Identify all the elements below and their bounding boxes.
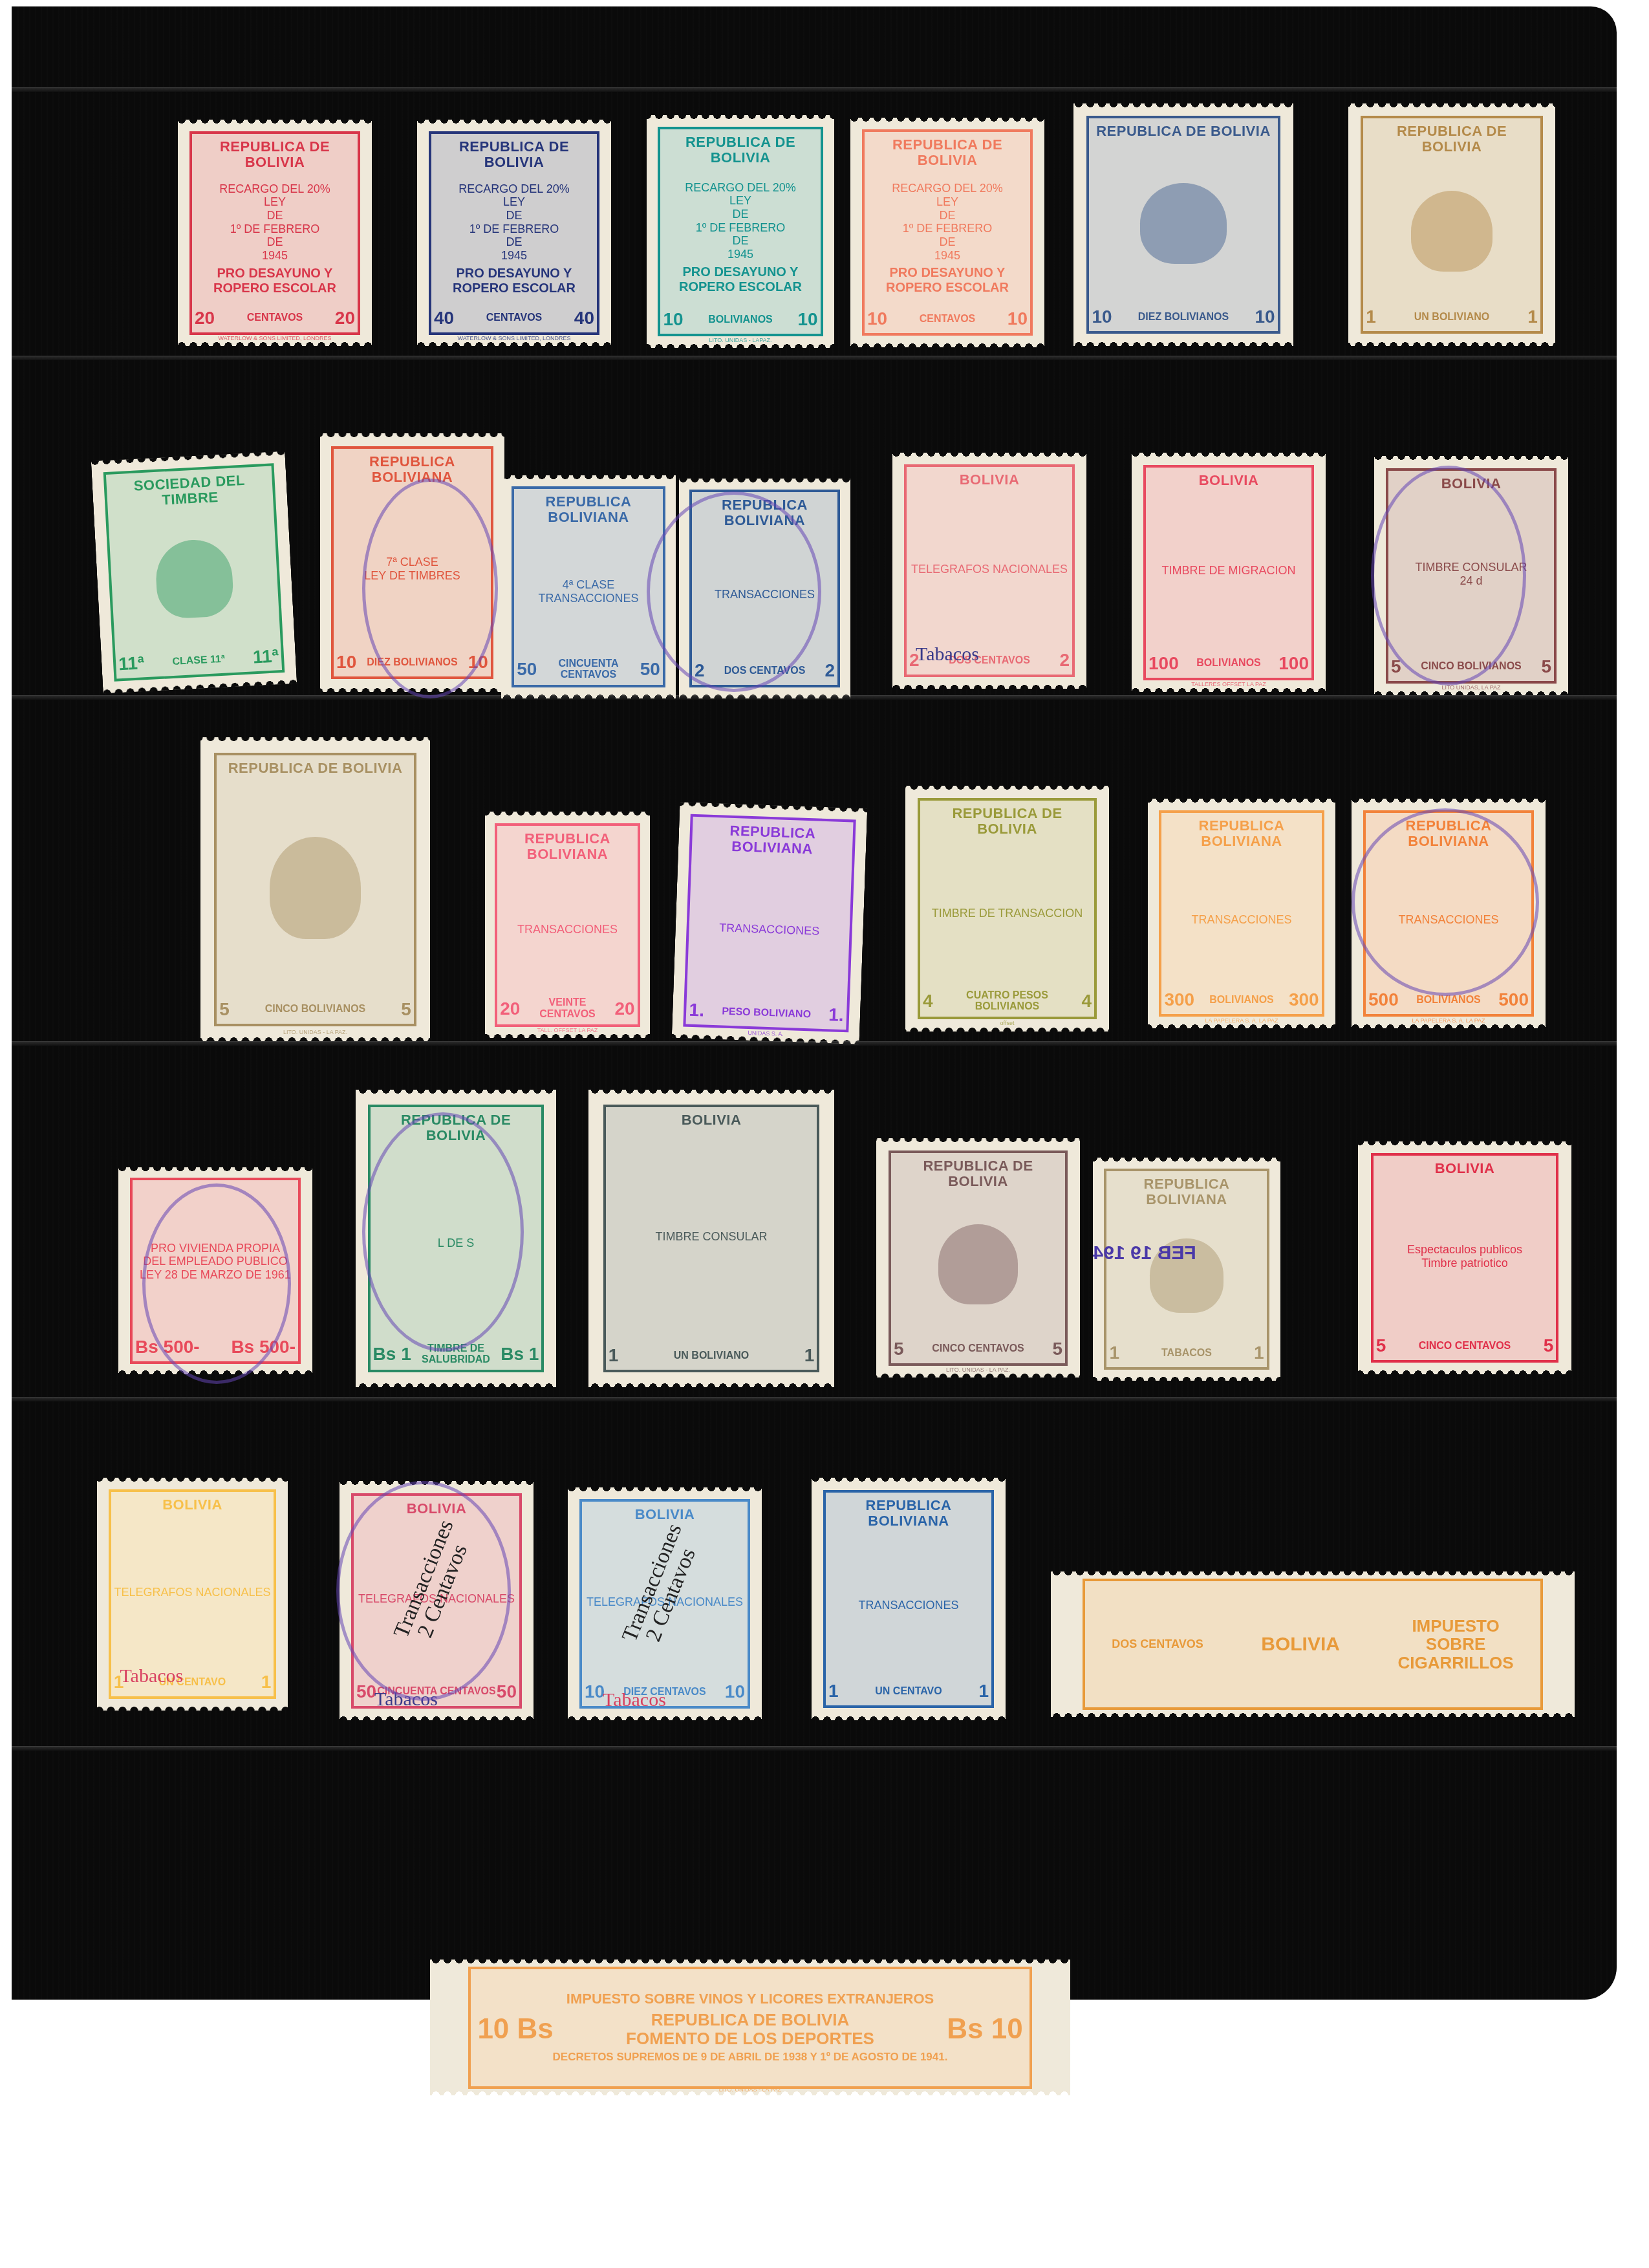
stamp-country: REPUBLICA BOLIVIANA (826, 1493, 991, 1529)
stock-strip (12, 1397, 1617, 1401)
stamp-denomination: 1UN BOLIVIANO1 (606, 1346, 817, 1370)
stamp-country: REPUBLICA DE BOLIVIA (371, 1107, 542, 1143)
stamp-design: REPUBLICA DE BOLIVIA1UN BOLIVIANO1 (1361, 116, 1543, 334)
stamp-design: PRO VIVIENDA PROPIADEL EMPLEADO PUBLICOL… (130, 1178, 301, 1364)
stamp-denomination: 5CINCO BOLIVIANOS5 (217, 1000, 413, 1024)
stock-strip (12, 356, 1617, 360)
stamp-country: REPUBLICA BOLIVIANA (1161, 813, 1321, 849)
stamp: REPUBLICA BOLIVIANA1TABACOS1FEB 19 1946 (1093, 1158, 1280, 1381)
stamp-design: REPUBLICA DE BOLIVIATIMBRE DE TRANSACCIO… (918, 798, 1097, 1019)
stamp-value: 10 Bs (477, 2014, 553, 2045)
stamp-denomination: 10DIEZ BOLIVIANOS10 (334, 653, 491, 676)
stamp-design: REPUBLICA DE BOLIVIA10DIEZ BOLIVIANOS10 (1086, 116, 1280, 334)
stamp: REPUBLICA DE BOLIVIARECARGO DEL 20%LEYDE… (647, 115, 834, 348)
stamp-legend: TELEGRAFOS NACIONALES (909, 563, 1070, 576)
stamp: REPUBLICA DE BOLIVIATIMBRE DE TRANSACCIO… (905, 786, 1109, 1031)
stamp-denomination: 20CENTAVOS20 (192, 308, 358, 332)
stamp-legend: TRANSACCIONES (712, 588, 817, 601)
stamp-design: BOLIVIAEspectaculos publicosTimbre patri… (1371, 1153, 1558, 1363)
stamp: REPUBLICA DE BOLIVIARECARGO DEL 20%LEYDE… (850, 118, 1044, 347)
stamp-denomination: 300BOLIVIANOS300 (1161, 990, 1321, 1014)
stamp-design: DOS CENTAVOSBOLIVIAIMPUESTOSOBRECIGARRIL… (1083, 1579, 1544, 1710)
stamp-denomination: 1TABACOS1 (1106, 1343, 1266, 1367)
stamp-value: DOS CENTAVOS (1112, 1638, 1203, 1651)
stamp: DOS CENTAVOSBOLIVIAIMPUESTOSOBRECIGARRIL… (1051, 1571, 1575, 1717)
stamp-country: BOLIVIA (1261, 1634, 1340, 1655)
stamp: BOLIVIATELEGRAFOS NACIONALES1UN CENTAVO1… (97, 1478, 288, 1711)
stamp-legend: TIMBRE DE MIGRACION (1159, 564, 1298, 578)
printer-imprint: TALLERES OFFSET LA PAZ (1132, 681, 1326, 687)
printer-imprint: LITO. UNIDAS - LA PAZ. (200, 1029, 430, 1035)
allegorical-figure-icon (1140, 183, 1227, 264)
stamp: REPUBLICA BOLIVIANA7ª CLASELEY DE TIMBRE… (320, 433, 504, 692)
stamp: REPUBLICA BOLIVIANATRANSACCIONES20VEINTE… (485, 812, 650, 1038)
stamp-design: REPUBLICA DE BOLIVIARECARGO DEL 20%LEYDE… (658, 127, 823, 336)
stock-strip (12, 87, 1617, 92)
stamp-purpose: FOMENTO DE LOS DEPORTES (626, 2029, 874, 2048)
allegorical-figure-icon (1411, 191, 1493, 272)
stamp: REPUBLICA DE BOLIVIA1UN BOLIVIANO1 (1348, 103, 1555, 346)
stamp: REPUBLICA DE BOLIVIA5CINCO CENTAVOS5LITO… (876, 1138, 1080, 1377)
stamp-denomination: 5CINCO CENTAVOS5 (891, 1339, 1065, 1363)
stamp: REPUBLICA BOLIVIANATRANSACCIONES300BOLIV… (1148, 799, 1335, 1028)
stamp-legend: SOBRE (1397, 1635, 1513, 1654)
stamp-design: BOLIVIATIMBRE CONSULAR24 d5CINCO BOLIVIA… (1386, 468, 1557, 684)
stamp-country: REPUBLICA DE BOLIVIA (226, 755, 405, 776)
printer-imprint: LITO. UNIDAS - LAPAZ. (647, 337, 834, 343)
stamp-design: REPUBLICA BOLIVIANA1TABACOS1 (1104, 1169, 1269, 1370)
stamp-country: REPUBLICA BOLIVIANA (514, 489, 663, 525)
stamp-design: REPUBLICA DE BOLIVIARECARGO DEL 20%LEYDE… (862, 129, 1033, 336)
stamp-legend: CIGARRILLOS (1397, 1654, 1513, 1672)
stamp-country: REPUBLICA BOLIVIANA (692, 492, 837, 528)
stamp: REPUBLICA DE BOLIVIA10DIEZ BOLIVIANOS10 (1073, 103, 1293, 346)
stamp-denomination: 40CENTAVOS40 (431, 308, 597, 332)
stamp-design: IMPUESTO SOBRE VINOS Y LICORES EXTRANJER… (468, 1967, 1031, 2089)
stamp-legend: RECARGO DEL 20%LEYDE1º DE FEBRERODE1945P… (660, 181, 820, 295)
stamp-design: REPUBLICA DE BOLIVIA5CINCO BOLIVIANOS5 (214, 753, 416, 1026)
stamp-legend: PRO VIVIENDA PROPIADEL EMPLEADO PUBLICOL… (137, 1242, 294, 1282)
stamp-country: BOLIVIA (160, 1492, 225, 1513)
stamp-country: BOLIVIA (957, 467, 1022, 488)
stamp: REPUBLICA BOLIVIANATRANSACCIONES1UN CENT… (812, 1478, 1006, 1720)
stamp: BOLIVIATELEGRAFOS NACIONALES50CINCUENTA … (339, 1481, 533, 1720)
stamp-denomination: 5CINCO BOLIVIANOS5 (1388, 657, 1554, 681)
stamp-design: REPUBLICA BOLIVIANATRANSACCIONES1UN CENT… (823, 1490, 994, 1709)
printer-imprint: offset (905, 1020, 1109, 1026)
overprint: Tabacos (603, 1689, 666, 1711)
stamp-legend: DECRETOS SUPREMOS DE 9 DE ABRIL DE 1938 … (553, 2051, 948, 2064)
stamp: BOLIVIATELEGRAFOS NACIONALES10DIEZ CENTA… (568, 1487, 762, 1720)
stamp: PRO VIVIENDA PROPIADEL EMPLEADO PUBLICOL… (118, 1167, 312, 1374)
stamp-legend: IMPUESTO (1397, 1617, 1513, 1636)
stamp-denomination: 11ªCLASE 11ª11ª (116, 646, 283, 678)
stamp: BOLIVIATIMBRE CONSULAR24 d5CINCO BOLIVIA… (1374, 456, 1568, 695)
stamp-denomination: 1UN CENTAVO1 (826, 1681, 991, 1705)
stamp-country: SOCIEDAD DEL TIMBRE (106, 466, 274, 512)
stamp-country: REPUBLICA DE BOLIVIA (891, 1153, 1065, 1189)
stamp-legend: TELEGRAFOS NACIONALES (111, 1586, 273, 1599)
printer-imprint: WATERLOW & SONS LIMITED, LONDRES (417, 335, 611, 341)
stamp-denomination: Bs 500-Bs 500- (133, 1337, 298, 1361)
date-cancel: FEB 19 1946 (1082, 1242, 1196, 1264)
stamp-design: REPUBLICA BOLIVIANATRANSACCIONES500BOLIV… (1363, 810, 1534, 1017)
stamp-value: Bs 10 (947, 2014, 1022, 2045)
stamp-design: REPUBLICA BOLIVIANA7ª CLASELEY DE TIMBRE… (331, 446, 493, 679)
stamp-country: BOLIVIA (632, 1502, 698, 1522)
stamp-legend: IMPUESTO SOBRE VINOS Y LICORES EXTRANJER… (566, 1991, 934, 2007)
stamp-legend: TRANSACCIONES (717, 921, 823, 938)
stamp-country: REPUBLICA BOLIVIANA (497, 826, 637, 862)
overprint: Tabacos (374, 1689, 438, 1711)
stamp-legend: RECARGO DEL 20%LEYDE1º DE FEBRERODE1945P… (192, 182, 358, 296)
stamp-denomination: 20VEINTE CENTAVOS20 (497, 997, 637, 1024)
stamp-country: REPUBLICA DE BOLIVIA (1363, 118, 1540, 155)
stamp-legend: RECARGO DEL 20%LEYDE1º DE FEBRERODE1945P… (865, 182, 1030, 296)
stamp-design: REPUBLICA DE BOLIVIAL DE SBs 1TIMBRE DE … (368, 1105, 544, 1372)
stamp: REPUBLICA BOLIVIANATRANSACCIONES2DOS CEN… (679, 479, 850, 698)
stamp-legend: TRANSACCIONES (515, 923, 620, 936)
stamp-design: REPUBLICA BOLIVIANATRANSACCIONES2DOS CEN… (689, 490, 840, 687)
stamp-legend: L DE S (435, 1237, 477, 1250)
allegorical-figure-icon (155, 538, 235, 620)
stamp-legend: TIMBRE DE TRANSACCION (929, 907, 1086, 920)
stamp-country: BOLIVIA (1196, 468, 1262, 488)
stamp-denomination: 10DIEZ BOLIVIANOS10 (1089, 307, 1277, 331)
stamp-legend: TIMBRE CONSULAR (652, 1230, 770, 1244)
stamp: BOLIVIATIMBRE DE MIGRACION100BOLIVIANOS1… (1132, 453, 1326, 692)
stamp-denomination: 5CINCO CENTAVOS5 (1374, 1336, 1556, 1360)
printer-imprint: LA PAPELERA S. A. LA PAZ (1148, 1017, 1335, 1024)
stamp-design: BOLIVIATIMBRE DE MIGRACION100BOLIVIANOS1… (1143, 465, 1314, 680)
stamp-country: REPUBLICA DE BOLIVIA (920, 801, 1094, 837)
stamp-design: SOCIEDAD DEL TIMBRE11ªCLASE 11ª11ª (103, 463, 285, 681)
stamp-country: REPUBLICA BOLIVIANA (1366, 813, 1531, 849)
stamp: REPUBLICA DE BOLIVIAL DE SBs 1TIMBRE DE … (356, 1090, 556, 1387)
stamp-legend: Espectaculos publicosTimbre patriotico (1405, 1243, 1525, 1269)
stamp-country: REPUBLICA DE BOLIVIA (626, 2011, 874, 2029)
printer-imprint: LITO UNIDAS, LA PAZ (1374, 684, 1568, 691)
stamp: IMPUESTO SOBRE VINOS Y LICORES EXTRANJER… (430, 1960, 1070, 2095)
stamp-design: REPUBLICA DE BOLIVIA5CINCO CENTAVOS5 (889, 1150, 1068, 1366)
stamp-country: BOLIVIA (1439, 471, 1504, 491)
stamp: REPUBLICA DE BOLIVIARECARGO DEL 20%LEYDE… (417, 120, 611, 346)
stamp-denomination: 500BOLIVIANOS500 (1366, 990, 1531, 1014)
stock-strip (12, 1746, 1617, 1751)
stamp-country: BOLIVIA (404, 1496, 469, 1517)
stamp: BOLIVIAEspectaculos publicosTimbre patri… (1358, 1141, 1571, 1374)
stamp: BOLIVIATELEGRAFOS NACIONALES2DOS CENTAVO… (892, 453, 1086, 689)
printer-imprint: LITO. UNIDAS - LA PAZ (430, 2086, 1070, 2093)
stamp-country: REPUBLICA DE BOLIVIA (431, 134, 597, 170)
overprint: Tabacos (916, 643, 979, 665)
allegorical-figure-icon (938, 1224, 1018, 1304)
stamp: REPUBLICA BOLIVIANA4ª CLASETRANSACCIONES… (501, 475, 676, 698)
printer-imprint: TALL. OFFSET LA PAZ (485, 1027, 650, 1033)
stamp-design: REPUBLICA BOLIVIANA4ª CLASETRANSACCIONES… (512, 486, 665, 687)
stamp-design: REPUBLICA BOLIVIANATRANSACCIONES20VEINTE… (495, 823, 640, 1027)
stamp-legend: TRANSACCIONES (1189, 913, 1294, 927)
stamp-denomination: 100BOLIVIANOS100 (1146, 654, 1311, 678)
stamp-denomination: 10CENTAVOS10 (865, 309, 1030, 333)
stamp-denomination: 2DOS CENTAVOS2 (692, 661, 837, 685)
stamp-legend: RECARGO DEL 20%LEYDE1º DE FEBRERODE1945P… (431, 182, 597, 296)
stamp: REPUBLICA DE BOLIVIA5CINCO BOLIVIANOS5LI… (200, 737, 430, 1041)
stamp-denomination: 10BOLIVIANOS10 (660, 310, 820, 334)
stamp-country: REPUBLICA BOLIVIANA (692, 817, 853, 859)
stamp-country: REPUBLICA DE BOLIVIA (660, 129, 820, 166)
stamp-country: REPUBLICA BOLIVIANA (1106, 1171, 1266, 1207)
stamp-denomination: 1UN BOLIVIANO1 (1363, 307, 1540, 331)
stamp-denomination: Bs 1TIMBRE DE SALUBRIDADBs 1 (371, 1343, 542, 1370)
stamp-legend: TRANSACCIONES (856, 1599, 961, 1612)
allegorical-figure-icon (270, 837, 360, 939)
stamp-country: REPUBLICA DE BOLIVIA (192, 134, 358, 170)
stamp-denomination: 50CINCUENTA CENTAVOS50 (514, 658, 663, 685)
stamp-design: REPUBLICA BOLIVIANATRANSACCIONES1.PESO B… (684, 814, 856, 1032)
stamp: REPUBLICA DE BOLIVIARECARGO DEL 20%LEYDE… (178, 120, 372, 346)
stamp-country: REPUBLICA DE BOLIVIA (865, 132, 1030, 168)
printer-imprint: LITO. UNIDAS - LA PAZ. (876, 1366, 1080, 1373)
stamp-country: REPUBLICA BOLIVIANA (334, 449, 491, 485)
stamp: REPUBLICA BOLIVIANATRANSACCIONES1.PESO B… (672, 802, 868, 1044)
stamp-denomination: 1.PESO BOLIVIANO1. (686, 1000, 846, 1030)
stamp-design: REPUBLICA BOLIVIANATRANSACCIONES300BOLIV… (1159, 810, 1324, 1017)
stamp-country: BOLIVIA (1432, 1156, 1498, 1176)
printer-imprint: WATERLOW & SONS LIMITED, LONDRES (178, 335, 372, 341)
stamp-country: REPUBLICA DE BOLIVIA (1094, 118, 1273, 139)
stamp-design: BOLIVIATIMBRE CONSULAR1UN BOLIVIANO1 (603, 1105, 819, 1372)
stamp-country (213, 1180, 218, 1185)
stamp: BOLIVIATIMBRE CONSULAR1UN BOLIVIANO1 (588, 1090, 834, 1387)
stamp-legend: 7ª CLASELEY DE TIMBRES (361, 556, 462, 582)
stamp-design: REPUBLICA DE BOLIVIARECARGO DEL 20%LEYDE… (429, 131, 599, 335)
stamp-country: BOLIVIA (679, 1107, 744, 1128)
stamp-denomination: 4CUATRO PESOS BOLIVIANOS4 (920, 990, 1094, 1017)
overprint: Tabacos (120, 1665, 183, 1687)
stamp-legend: TIMBRE CONSULAR24 d (1412, 561, 1529, 587)
printer-imprint: LA PAPELERA S. A. LA PAZ (1352, 1017, 1546, 1024)
stamp-legend: 4ª CLASETRANSACCIONES (535, 578, 641, 605)
stamp-legend: TRANSACCIONES (1396, 913, 1501, 927)
stamp: REPUBLICA BOLIVIANATRANSACCIONES500BOLIV… (1352, 799, 1546, 1028)
stamp: SOCIEDAD DEL TIMBRE11ªCLASE 11ª11ª (91, 451, 297, 693)
stamp-design: REPUBLICA DE BOLIVIARECARGO DEL 20%LEYDE… (189, 131, 360, 335)
